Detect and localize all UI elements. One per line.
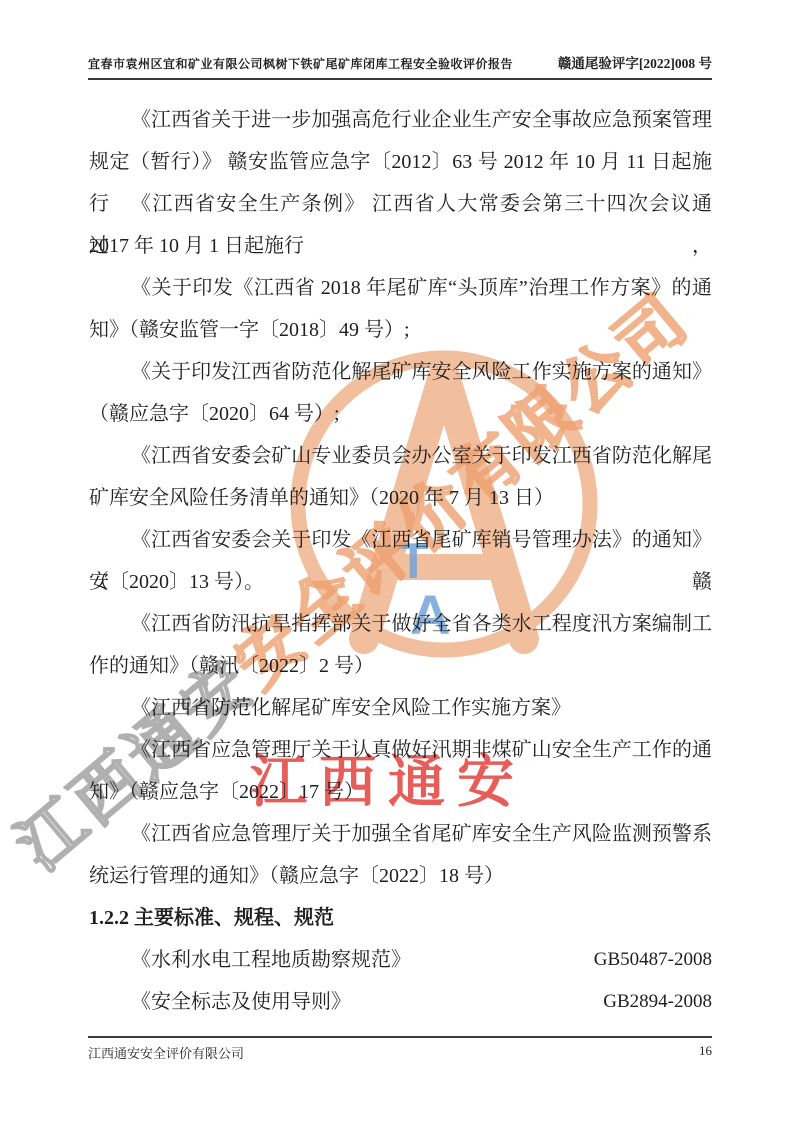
body-line: 《江西省安全生产条例》 江西省人大常委会第三十四次会议通过，: [89, 183, 712, 225]
body-line: 《江西省防汛抗旱指挥部关于做好全省各类水工程度汛方案编制工: [89, 603, 712, 645]
body-line: 《江西省关于进一步加强高危行业企业生产安全事故应急预案管理: [89, 99, 712, 141]
body-line: （赣应急字〔2020〕64 号）;: [89, 393, 712, 435]
body-line: 规定（暂行）》 赣安监管应急字〔2012〕63 号 2012 年 10 月 11…: [89, 141, 712, 183]
page-number: 16: [699, 1043, 712, 1062]
body-line: 《江西省安委会矿山专业委员会办公室关于印发江西省防范化解尾: [89, 435, 712, 477]
header-report-title: 宜春市袁州区宜和矿业有限公司枫树下铁矿尾矿库闭库工程安全验收评价报告: [88, 55, 513, 72]
header-doc-number: 赣通尾验评字[2022]008 号: [558, 52, 712, 72]
document-body: 《江西省关于进一步加强高危行业企业生产安全事故应急预案管理 规定（暂行）》 赣安…: [89, 99, 712, 1023]
body-line: 《江西省应急管理厅关于认真做好汛期非煤矿山安全生产工作的通: [89, 729, 712, 771]
body-line: 作的通知》（赣汛〔2022〕2 号）: [89, 645, 712, 687]
page-header: 宜春市袁州区宜和矿业有限公司枫树下铁矿尾矿库闭库工程安全验收评价报告 赣通尾验评…: [88, 52, 712, 80]
standard-row: 《安全标志及使用导则》 GB2894-2008: [89, 981, 712, 1023]
standard-name: 《水利水电工程地质勘察规范》: [89, 939, 411, 981]
standard-row: 《水利水电工程地质勘察规范》 GB50487-2008: [89, 939, 712, 981]
standard-name: 《安全标志及使用导则》: [89, 981, 351, 1023]
body-line: 《江西省安委会关于印发《江西省尾矿库销号管理办法》的通知》（赣: [89, 519, 712, 561]
body-line: 知》（赣应急字〔2022〕17 号）: [89, 771, 712, 813]
body-line: 矿库安全风险任务清单的通知》（2020 年 7 月 13 日）: [89, 477, 712, 519]
standard-code: GB50487-2008: [594, 939, 712, 981]
document-page: T A 江西通安安全评价有限公司 江西通安 宜春市袁州区宜和矿业有限公司枫树下铁…: [0, 0, 800, 1131]
footer-company: 江西通安安全评价有限公司: [88, 1043, 244, 1062]
body-line: 知》（赣安监管一字〔2018〕49 号）;: [89, 309, 712, 351]
standard-code: GB2894-2008: [603, 981, 712, 1023]
body-line: 《关于印发《江西省 2018 年尾矿库“头顶库”治理工作方案》的通: [89, 267, 712, 309]
page-footer: 江西通安安全评价有限公司 16: [88, 1036, 712, 1062]
body-line: 《江西省防范化解尾矿库安全风险工作实施方案》: [89, 687, 712, 729]
body-line: 《关于印发江西省防范化解尾矿库安全风险工作实施方案的通知》: [89, 351, 712, 393]
section-heading: 1.2.2 主要标准、规程、规范: [89, 897, 712, 939]
body-line: 《江西省应急管理厅关于加强全省尾矿库安全生产风险监测预警系: [89, 813, 712, 855]
body-line: 统运行管理的通知》（赣应急字〔2022〕18 号）: [89, 855, 712, 897]
